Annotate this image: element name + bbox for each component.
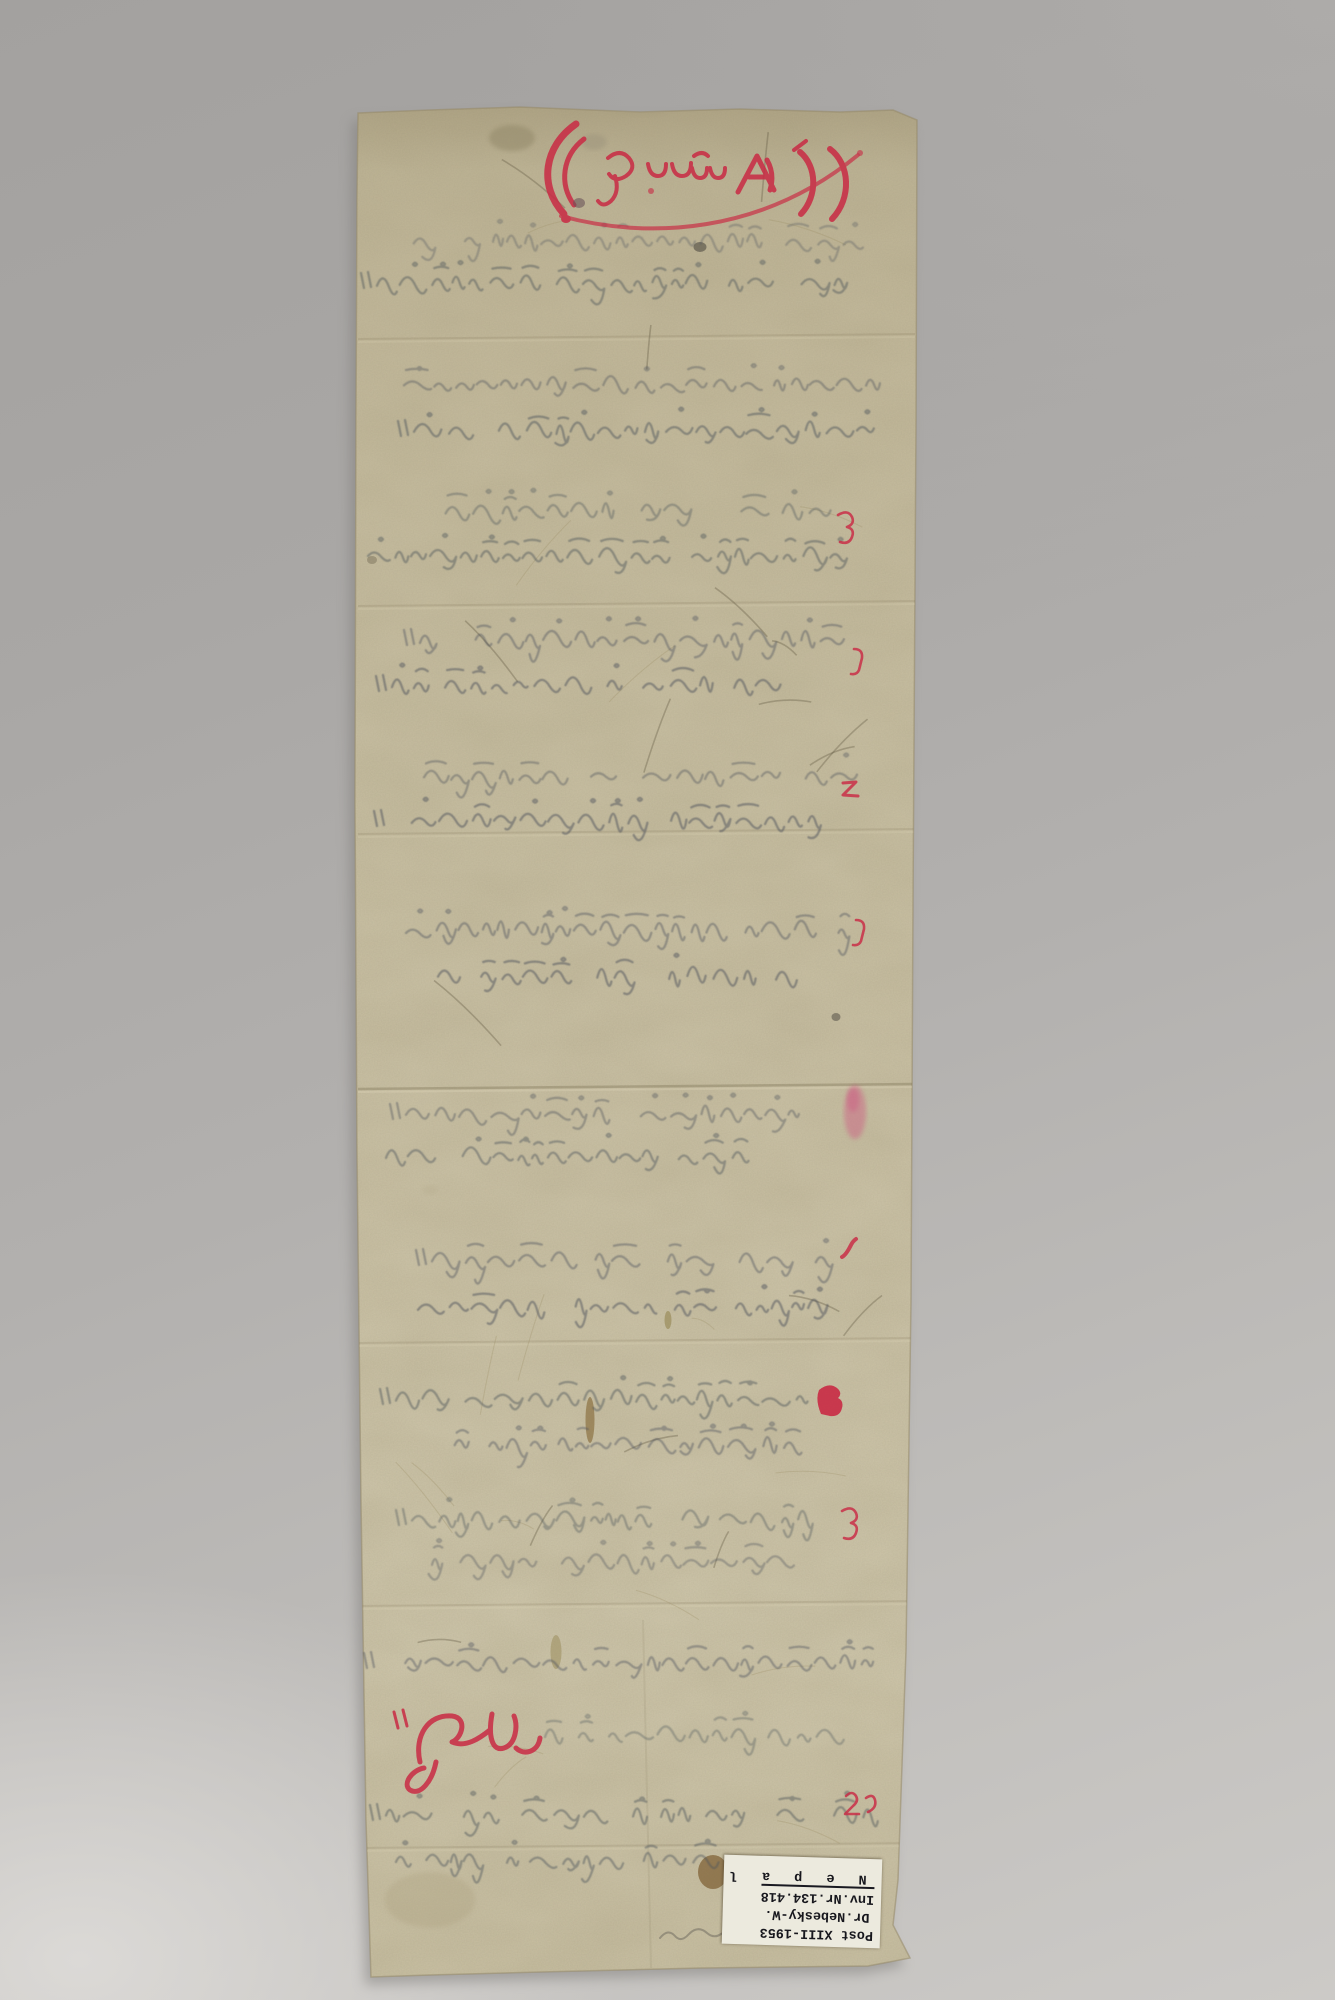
photo-backdrop: Post XIII-1953 Dr.Nebesky-W. Inv.Nr.134.… (0, 0, 1335, 2000)
manuscript-paper (340, 95, 940, 1995)
manuscript-photo-canvas (0, 0, 1335, 2000)
verse-mark-blob (817, 1385, 842, 1416)
label-line-inventory-number: Inv.Nr.134.418 (760, 1884, 874, 1907)
inventory-label: Post XIII-1953 Dr.Nebesky-W. Inv.Nr.134.… (722, 1855, 883, 1949)
